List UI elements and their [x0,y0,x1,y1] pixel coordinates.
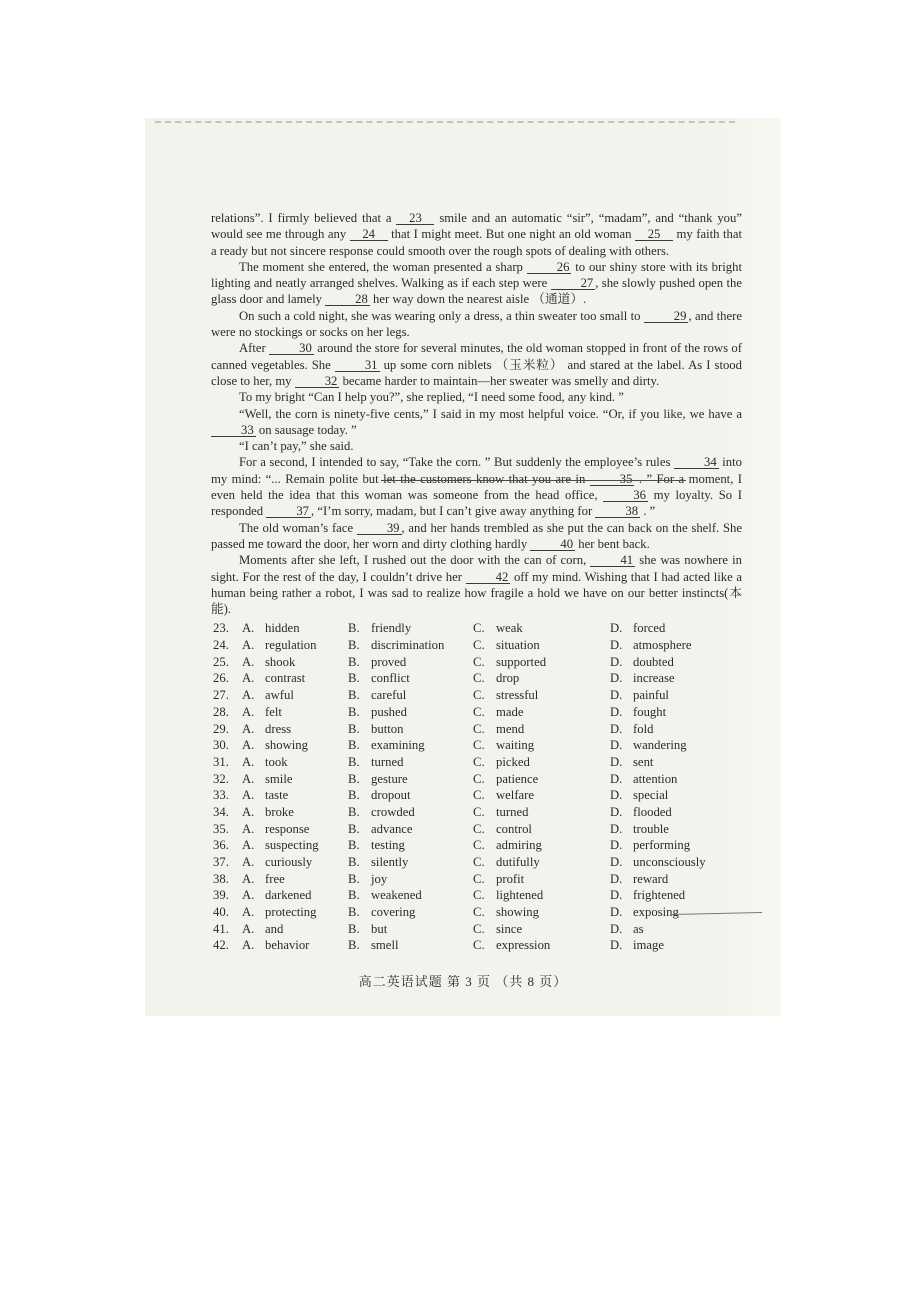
option-text: unconsciously [633,854,706,870]
option-c: C.welfare [473,787,610,803]
option-letter: C. [473,821,496,837]
option-letter: D. [610,887,633,903]
option-letter: C. [473,837,496,853]
option-letter: C. [473,670,496,686]
option-letter: A. [242,821,265,837]
passage-paragraph: Moments after she left, I rushed out the… [211,552,742,617]
option-text: atmosphere [633,637,691,653]
question-number: 30. [213,737,242,753]
option-letter: D. [610,854,633,870]
option-text: mend [496,721,524,737]
option-a: A.contrast [242,670,348,686]
question-row: 25.A.shookB.provedC.supportedD.doubted [211,654,742,671]
option-text: forced [633,620,665,636]
question-number: 26. [213,670,242,686]
question-row: 24.A.regulationB.discriminationC.situati… [211,637,742,654]
option-text: pushed [371,704,407,720]
cloze-blank: 35 [590,473,635,486]
option-letter: C. [473,637,496,653]
option-letter: A. [242,921,265,937]
option-c: C.drop [473,670,610,686]
question-row: 34.A.brokeB.crowdedC.turnedD.flooded [211,804,742,821]
option-letter: C. [473,654,496,670]
option-d: D.performing [610,837,742,853]
option-b: B.careful [348,687,473,703]
option-d: D.as [610,921,742,937]
option-letter: A. [242,887,265,903]
option-text: covering [371,904,415,920]
option-letter: A. [242,871,265,887]
option-text: smile [265,771,293,787]
question-row: 27.A.awfulB.carefulC.stressfulD.painful [211,687,742,704]
option-letter: D. [610,754,633,770]
option-text: weakened [371,887,422,903]
option-letter: B. [348,821,371,837]
option-text: painful [633,687,669,703]
passage-paragraph: “I can’t pay,” she said. [211,438,742,454]
option-text: made [496,704,523,720]
option-letter: A. [242,804,265,820]
option-letter: A. [242,937,265,953]
question-number: 34. [213,804,242,820]
cloze-blank: 41 [590,554,635,567]
scanned-exam-screenshot: { "page": { "paper_color": "#f4f2ec", "t… [0,0,920,1302]
option-text: contrast [265,670,305,686]
question-number: 41. [213,921,242,937]
option-letter: A. [242,904,265,920]
option-b: B.weakened [348,887,473,903]
option-c: C.showing [473,904,610,920]
option-letter: D. [610,937,633,953]
option-text: but [371,921,387,937]
option-b: B.button [348,721,473,737]
option-letter: B. [348,937,371,953]
option-letter: D. [610,787,633,803]
option-d: D.frightened [610,887,742,903]
option-c: C.turned [473,804,610,820]
option-letter: B. [348,787,371,803]
option-a: A.free [242,871,348,887]
option-letter: A. [242,687,265,703]
option-text: friendly [371,620,411,636]
cloze-blank: 39 [357,522,402,535]
option-letter: D. [610,837,633,853]
option-text: patience [496,771,538,787]
option-a: A.protecting [242,904,348,920]
passage-paragraph: On such a cold night, she was wearing on… [211,308,742,341]
option-letter: C. [473,704,496,720]
option-text: darkened [265,887,312,903]
question-row: 41.A.andB.butC.sinceD.as [211,921,742,938]
option-c: C.weak [473,620,610,636]
cloze-blank: 34 [674,456,719,469]
cloze-blank: 24 [350,228,388,241]
question-row: 36.A.suspectingB.testingC.admiringD.perf… [211,837,742,854]
question-number: 27. [213,687,242,703]
option-letter: C. [473,921,496,937]
option-letter: C. [473,804,496,820]
passage-paragraph: relations”. I firmly believed that a 23 … [211,210,742,259]
option-c: C.profit [473,871,610,887]
option-text: exposing [633,904,679,920]
option-b: B.silently [348,854,473,870]
option-a: A.darkened [242,887,348,903]
option-letter: D. [610,904,633,920]
strikethrough-text: let the customers know that you are in 3… [383,472,684,486]
option-text: smell [371,937,399,953]
question-number: 24. [213,637,242,653]
cloze-blank: 31 [335,359,380,372]
option-d: D.attention [610,771,742,787]
option-letter: D. [610,871,633,887]
option-text: silently [371,854,408,870]
question-row: 42.A.behaviorB.smellC.expressionD.image [211,937,742,954]
passage-paragraph: “Well, the corn is ninety-five cents,” I… [211,406,742,439]
option-text: weak [496,620,523,636]
option-letter: B. [348,887,371,903]
option-a: A.smile [242,771,348,787]
option-c: C.since [473,921,610,937]
option-a: A.shook [242,654,348,670]
cloze-blank: 25 [635,228,673,241]
cloze-blank: 36 [603,489,648,502]
question-row: 33.A.tasteB.dropoutC.welfareD.special [211,787,742,804]
option-text: admiring [496,837,542,853]
option-letter: D. [610,821,633,837]
question-number: 40. [213,904,242,920]
option-text: gesture [371,771,408,787]
option-text: regulation [265,637,316,653]
question-number: 33. [213,787,242,803]
option-c: C.stressful [473,687,610,703]
option-text: joy [371,871,387,887]
option-d: D.unconsciously [610,854,742,870]
option-text: crowded [371,804,415,820]
option-c: C.situation [473,637,610,653]
option-text: profit [496,871,524,887]
option-text: drop [496,670,519,686]
option-text: flooded [633,804,672,820]
option-a: A.awful [242,687,348,703]
option-b: B.advance [348,821,473,837]
option-text: awful [265,687,294,703]
option-a: A.suspecting [242,837,348,853]
option-letter: D. [610,687,633,703]
option-letter: D. [610,704,633,720]
question-row: 30.A.showingB.examiningC.waitingD.wander… [211,737,742,754]
question-number: 29. [213,721,242,737]
cloze-blank: 28 [325,293,370,306]
page-footer: 高二英语试题 第 3 页 （共 8 页） [145,971,781,990]
question-number: 36. [213,837,242,853]
option-letter: D. [610,721,633,737]
option-text: response [265,821,309,837]
option-text: reward [633,871,668,887]
option-text: performing [633,837,690,853]
option-letter: B. [348,704,371,720]
option-c: C.admiring [473,837,610,853]
question-number: 38. [213,871,242,887]
question-row: 23.A.hiddenB.friendlyC.weakD.forced [211,620,742,637]
cloze-blank: 32 [295,375,340,388]
option-a: A.took [242,754,348,770]
cloze-blank: 23 [396,212,434,225]
option-letter: B. [348,921,371,937]
option-text: advance [371,821,413,837]
cloze-blank: 30 [269,342,314,355]
option-text: trouble [633,821,669,837]
option-a: A.response [242,821,348,837]
option-text: proved [371,654,406,670]
option-c: C.expression [473,937,610,953]
option-a: A.and [242,921,348,937]
option-letter: D. [610,637,633,653]
option-text: felt [265,704,282,720]
passage-paragraph: The moment she entered, the woman presen… [211,259,742,308]
option-text: fold [633,721,653,737]
question-row: 29.A.dressB.buttonC.mendD.fold [211,721,742,738]
option-d: D.forced [610,620,742,636]
option-b: B.joy [348,871,473,887]
option-text: since [496,921,522,937]
option-text: picked [496,754,530,770]
option-b: B.crowded [348,804,473,820]
option-b: B.conflict [348,670,473,686]
option-letter: C. [473,754,496,770]
question-row: 32.A.smileB.gestureC.patienceD.attention [211,771,742,788]
option-letter: C. [473,771,496,787]
option-letter: D. [610,921,633,937]
option-letter: B. [348,654,371,670]
option-d: D.sent [610,754,742,770]
question-row: 40.A.protectingB.coveringC.showingD.expo… [211,904,742,921]
option-text: broke [265,804,294,820]
option-a: A.dress [242,721,348,737]
question-number: 32. [213,771,242,787]
option-letter: C. [473,687,496,703]
option-b: B.examining [348,737,473,753]
option-text: expression [496,937,550,953]
option-b: B.testing [348,837,473,853]
passage-paragraph: For a second, I intended to say, “Take t… [211,454,742,519]
option-letter: C. [473,620,496,636]
option-text: dropout [371,787,410,803]
question-number: 37. [213,854,242,870]
option-text: attention [633,771,677,787]
option-letter: A. [242,837,265,853]
option-letter: A. [242,787,265,803]
option-d: D.flooded [610,804,742,820]
option-text: free [265,871,285,887]
question-number: 42. [213,937,242,953]
option-letter: A. [242,704,265,720]
cloze-blank: 40 [530,538,575,551]
exam-page: relations”. I firmly believed that a 23 … [145,118,781,1016]
question-row: 38.A.freeB.joyC.profitD.reward [211,871,742,888]
option-letter: A. [242,654,265,670]
option-letter: A. [242,737,265,753]
option-text: showing [265,737,308,753]
option-text: examining [371,737,425,753]
option-letter: B. [348,854,371,870]
scan-artifact-dashes [155,121,735,123]
option-text: waiting [496,737,534,753]
option-text: fought [633,704,666,720]
option-letter: C. [473,937,496,953]
option-letter: C. [473,854,496,870]
option-a: A.showing [242,737,348,753]
option-letter: B. [348,837,371,853]
option-a: A.regulation [242,637,348,653]
option-text: situation [496,637,540,653]
option-b: B.smell [348,937,473,953]
question-row: 35.A.responseB.advanceC.controlD.trouble [211,821,742,838]
question-number: 35. [213,821,242,837]
question-row: 28.A.feltB.pushedC.madeD.fought [211,704,742,721]
option-letter: A. [242,620,265,636]
option-letter: D. [610,654,633,670]
option-letter: B. [348,737,371,753]
question-number: 39. [213,887,242,903]
option-text: wandering [633,737,687,753]
option-text: dutifully [496,854,540,870]
option-c: C.picked [473,754,610,770]
option-text: careful [371,687,406,703]
passage-paragraph: The old woman’s face 39, and her hands t… [211,520,742,553]
option-b: B.covering [348,904,473,920]
option-text: increase [633,670,675,686]
option-letter: A. [242,754,265,770]
option-d: D.atmosphere [610,637,742,653]
option-d: D.fought [610,704,742,720]
option-letter: C. [473,721,496,737]
option-c: C.mend [473,721,610,737]
option-a: A.taste [242,787,348,803]
option-letter: C. [473,737,496,753]
option-text: welfare [496,787,534,803]
option-a: A.hidden [242,620,348,636]
cloze-passage: relations”. I firmly believed that a 23 … [211,210,742,617]
option-d: D.fold [610,721,742,737]
option-c: C.supported [473,654,610,670]
option-c: C.dutifully [473,854,610,870]
cloze-blank: 29 [644,310,689,323]
option-text: control [496,821,532,837]
question-number: 28. [213,704,242,720]
question-number: 25. [213,654,242,670]
question-number: 31. [213,754,242,770]
option-letter: B. [348,670,371,686]
option-d: D.wandering [610,737,742,753]
option-letter: D. [610,771,633,787]
option-c: C.patience [473,771,610,787]
option-a: A.behavior [242,937,348,953]
option-letter: B. [348,771,371,787]
option-letter: B. [348,871,371,887]
option-letter: D. [610,737,633,753]
option-letter: C. [473,787,496,803]
option-text: as [633,921,644,937]
option-text: took [265,754,288,770]
option-b: B.turned [348,754,473,770]
option-letter: B. [348,754,371,770]
option-c: C.made [473,704,610,720]
cloze-options-list: 23.A.hiddenB.friendlyC.weakD.forced24.A.… [211,620,742,954]
option-a: A.broke [242,804,348,820]
option-b: B.gesture [348,771,473,787]
option-letter: C. [473,871,496,887]
option-d: D.image [610,937,742,953]
option-text: behavior [265,937,309,953]
option-text: suspecting [265,837,319,853]
option-b: B.friendly [348,620,473,636]
option-letter: D. [610,620,633,636]
option-b: B.dropout [348,787,473,803]
option-b: B.but [348,921,473,937]
option-text: turned [496,804,528,820]
option-b: B.discrimination [348,637,473,653]
option-text: showing [496,904,539,920]
option-letter: A. [242,771,265,787]
option-text: image [633,937,664,953]
option-c: C.waiting [473,737,610,753]
option-text: sent [633,754,653,770]
passage-paragraph: After 30 around the store for several mi… [211,340,742,389]
option-text: stressful [496,687,538,703]
option-text: turned [371,754,403,770]
option-letter: A. [242,637,265,653]
question-number: 23. [213,620,242,636]
option-letter: D. [610,804,633,820]
question-row: 37.A.curiouslyB.silentlyC.dutifullyD.unc… [211,854,742,871]
option-text: special [633,787,668,803]
cloze-blank: 27 [551,277,596,290]
option-text: and [265,921,283,937]
option-letter: B. [348,904,371,920]
option-text: hidden [265,620,300,636]
option-d: D.reward [610,871,742,887]
option-letter: C. [473,904,496,920]
option-letter: A. [242,721,265,737]
option-d: D.doubted [610,654,742,670]
option-letter: B. [348,721,371,737]
option-d: D.special [610,787,742,803]
option-d: D.trouble [610,821,742,837]
cloze-blank: 42 [466,571,511,584]
option-text: button [371,721,403,737]
option-b: B.proved [348,654,473,670]
option-letter: D. [610,670,633,686]
option-text: shook [265,654,295,670]
option-text: testing [371,837,405,853]
option-text: dress [265,721,291,737]
option-text: protecting [265,904,316,920]
cloze-blank: 33 [211,424,256,437]
page-content: relations”. I firmly believed that a 23 … [211,210,742,954]
option-text: discrimination [371,637,444,653]
option-letter: B. [348,804,371,820]
option-d: D.painful [610,687,742,703]
option-letter: C. [473,887,496,903]
question-row: 39.A.darkenedB.weakenedC.lightenedD.frig… [211,887,742,904]
option-c: C.lightened [473,887,610,903]
option-letter: A. [242,854,265,870]
passage-paragraph: To my bright “Can I help you?”, she repl… [211,389,742,405]
option-text: curiously [265,854,312,870]
cloze-blank: 37 [266,505,311,518]
option-letter: A. [242,670,265,686]
option-text: doubted [633,654,674,670]
